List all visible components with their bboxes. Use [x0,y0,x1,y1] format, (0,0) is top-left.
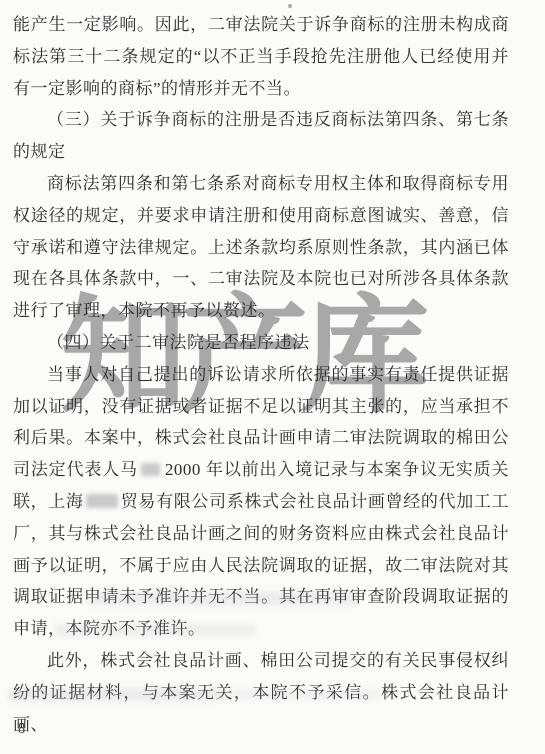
paragraph: 当事人对自己提出的诉讼请求所依据的事实有责任提供证据加以证明，没有证据或者证据不… [13,359,509,645]
paragraph: 此外，株式会社良品计画、棉田公司提交的有关民事侵权纠纷的证据材料，与本案无关，本… [13,645,509,740]
section-heading-four: （四）关于二审法院是否程序违法 [13,327,509,359]
redacted-company-blur [86,494,118,508]
paragraph: 商标法第四条和第七条系对商标专用权主体和取得商标专用权途径的规定，并要求申请注册… [13,168,509,327]
paragraph-continuation: 能产生一定影响。因此，二审法院关于诉争商标的注册未构成商标法第三十二条规定的“以… [13,9,509,104]
document-body: 能产生一定影响。因此，二审法院关于诉争商标的注册未构成商标法第三十二条规定的“以… [13,9,509,740]
paragraph-text: 贸易有限公司系株式会社良品计画曾经的代加工工厂，其与株式会社良品计画之间的财务资… [13,492,509,638]
section-heading-three: （三）关于诉争商标的注册是否违反商标法第四条、第七条的规定 [13,104,509,168]
page-number: 8 [18,721,25,738]
redacted-name-blur [141,463,160,476]
scan-speck [288,4,292,8]
document-page: 知产库 能产生一定影响。因此，二审法院关于诉争商标的注册未构成商标法第三十二条规… [0,0,545,754]
